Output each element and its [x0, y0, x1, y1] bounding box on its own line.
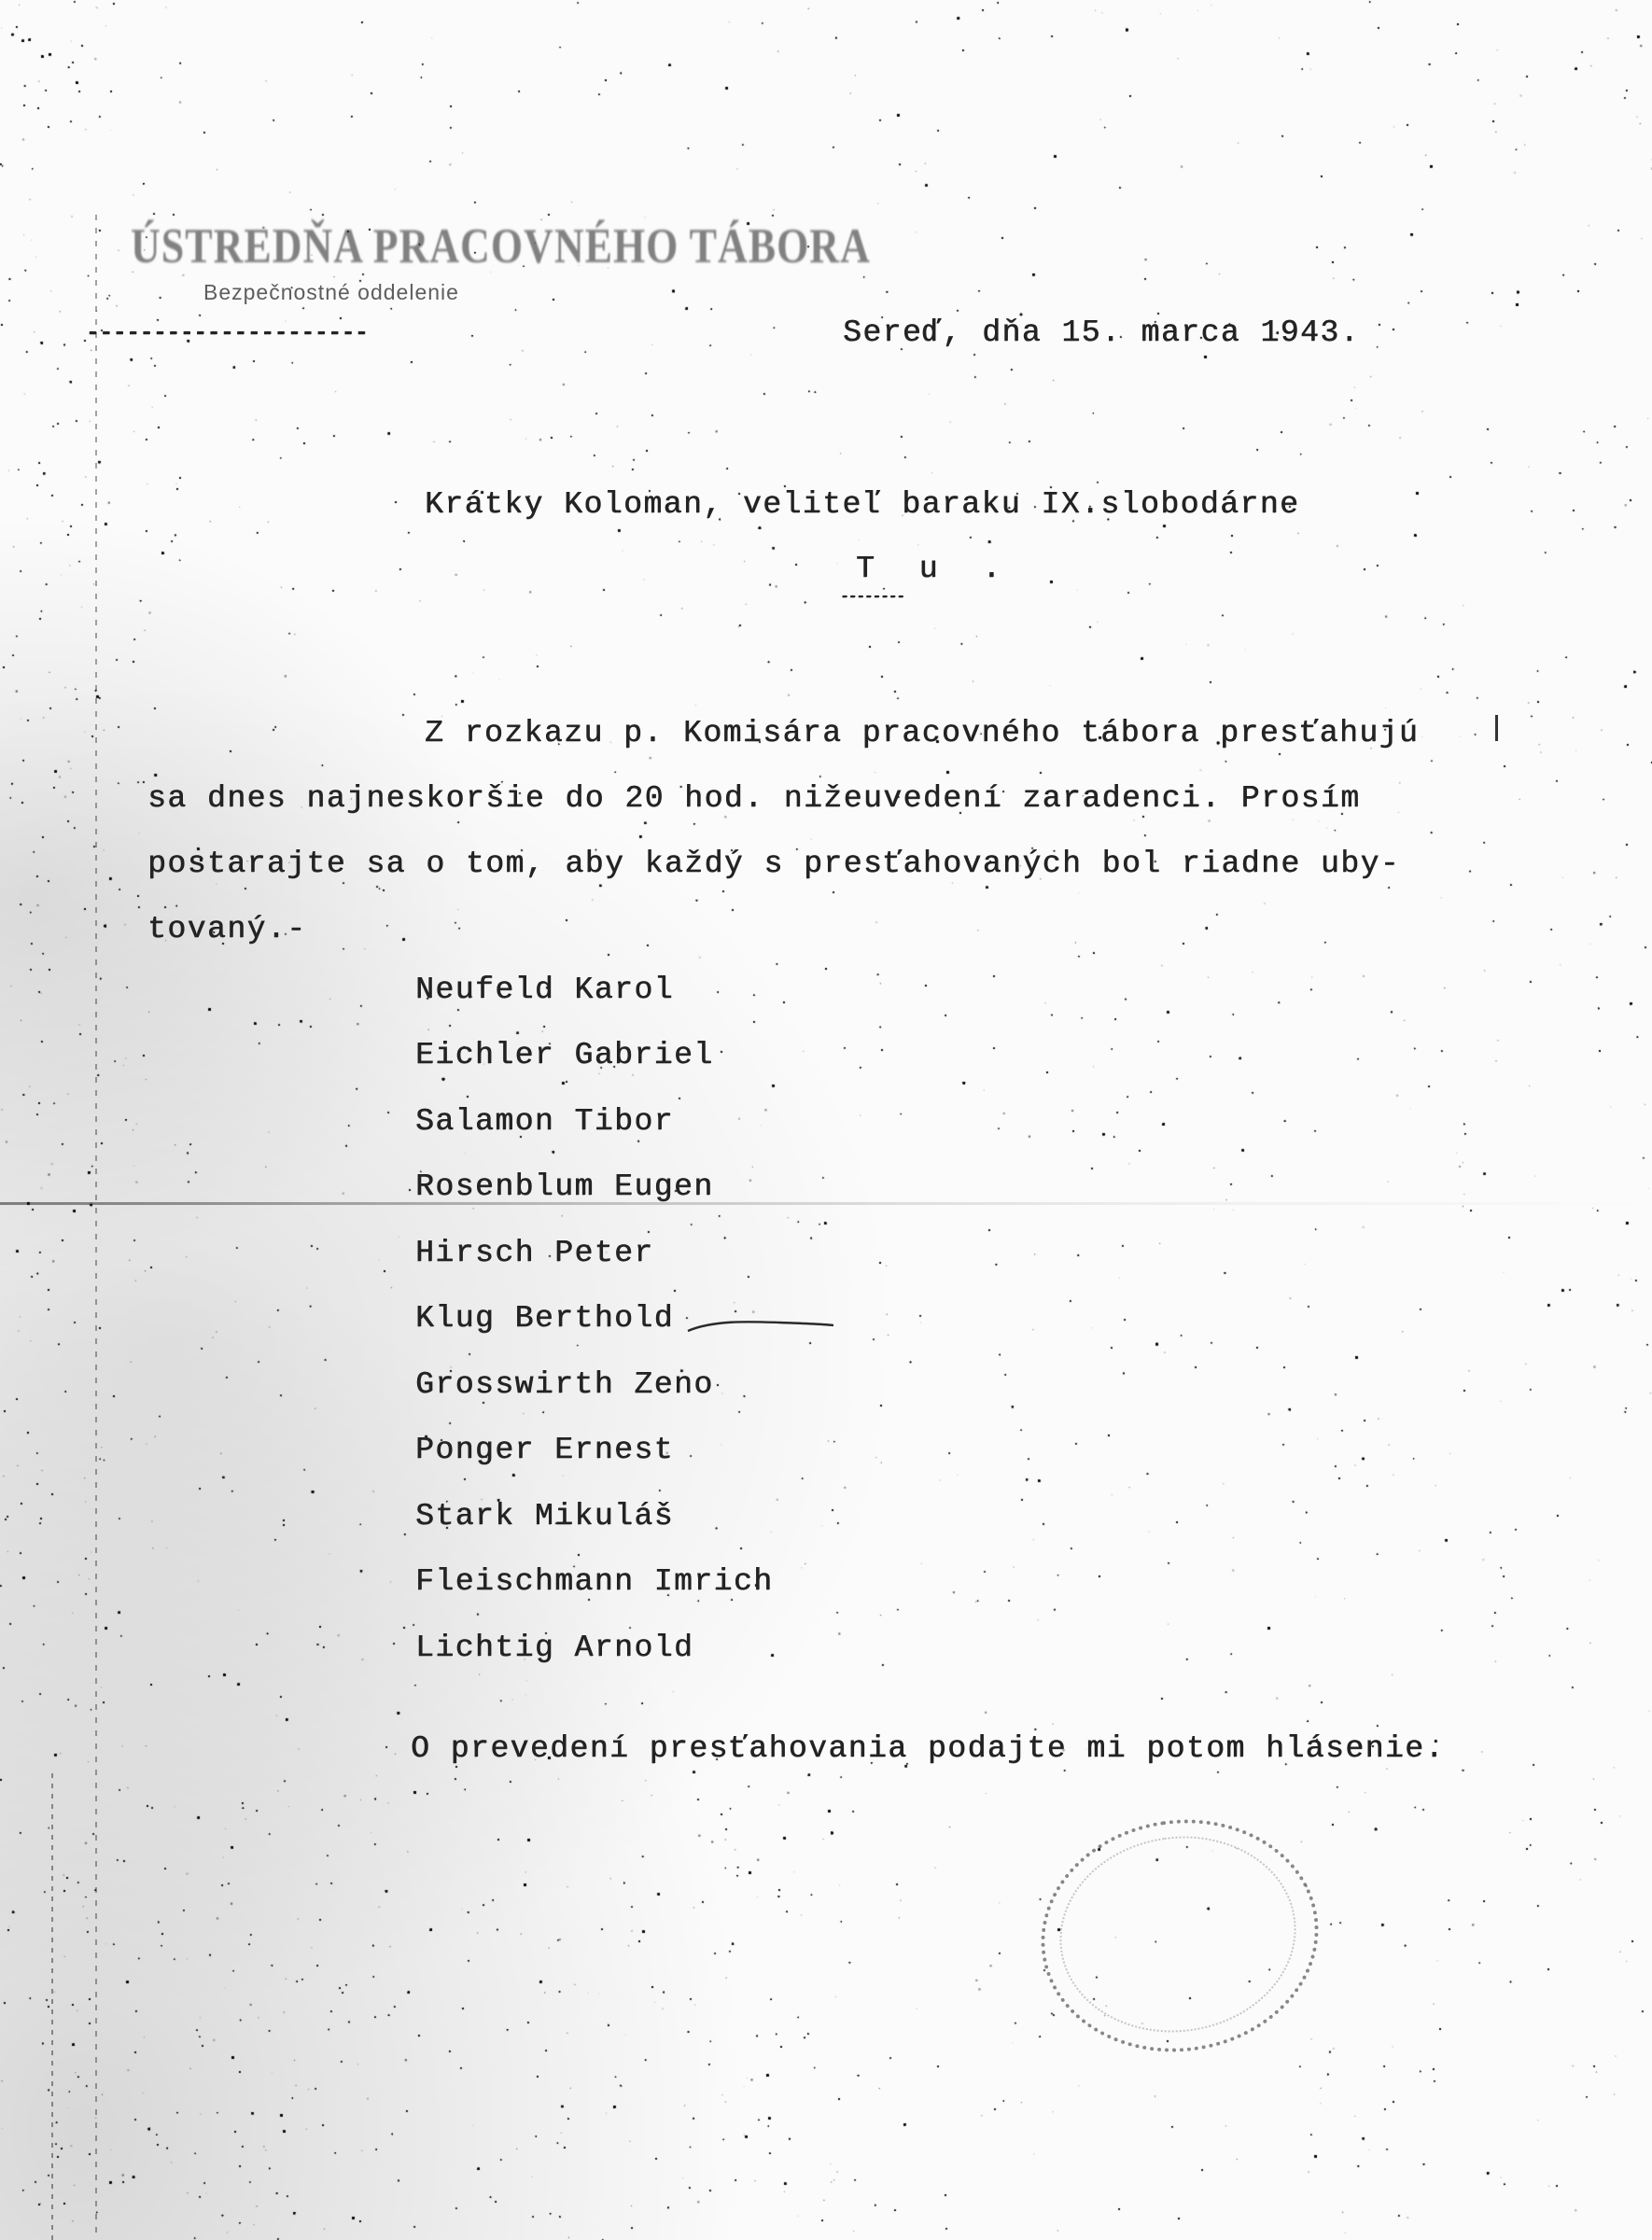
recipient-line: Krátky Koloman, veliteľ baraku IX.slobod… [425, 487, 1299, 522]
pen-stroke-mark [686, 1316, 835, 1335]
closing-line: O prevedení presťahovania podajte mi pot… [411, 1731, 1445, 1766]
letterhead-organization: ÚSTREDŇA PRACOVNÉHO TÁBORA [131, 217, 871, 274]
margin-line-lower [51, 1773, 53, 2240]
margin-line [95, 215, 97, 2240]
list-item: Grosswirth Zeno [415, 1367, 714, 1402]
list-item: Ponger Ernest [415, 1433, 674, 1467]
list-item: Fleischmann Imrich [415, 1564, 773, 1599]
recipient-location-underline: -------- [840, 588, 904, 605]
list-item: Stark Mikuláš [415, 1499, 674, 1533]
letterhead-separator: --------------------- [86, 321, 368, 346]
list-item: Neufeld Karol [415, 973, 674, 1007]
body-line: tovaný.- [147, 912, 306, 946]
paper-fold-line [0, 1202, 1652, 1205]
names-list: Neufeld Karol Eichler Gabriel Salamon Ti… [415, 973, 455, 1387]
body-line: Z rozkazu p. Komisára pracovného tábora … [425, 716, 1419, 750]
list-item: Hirsch Peter [415, 1236, 654, 1270]
letterhead-department: Bezpečnostné oddelenie [203, 280, 459, 305]
list-item: Salamon Tibor [415, 1104, 674, 1139]
margin-tick-mark [1495, 715, 1498, 741]
list-item: Lichtig Arnold [415, 1631, 693, 1665]
recipient-location: T u . [856, 552, 1014, 586]
list-item: Klug Berthold [415, 1301, 674, 1336]
body-line: postarajte sa o tom, aby každý s presťah… [147, 847, 1400, 881]
list-item: Eichler Gabriel [415, 1038, 714, 1072]
body-line: sa dnes najneskoršie do 20 hod. nižeuved… [147, 781, 1361, 816]
date-line: Sereď, dňa 15. marca 1943. [843, 315, 1360, 350]
list-item: Rosenblum Eugen [415, 1169, 714, 1204]
